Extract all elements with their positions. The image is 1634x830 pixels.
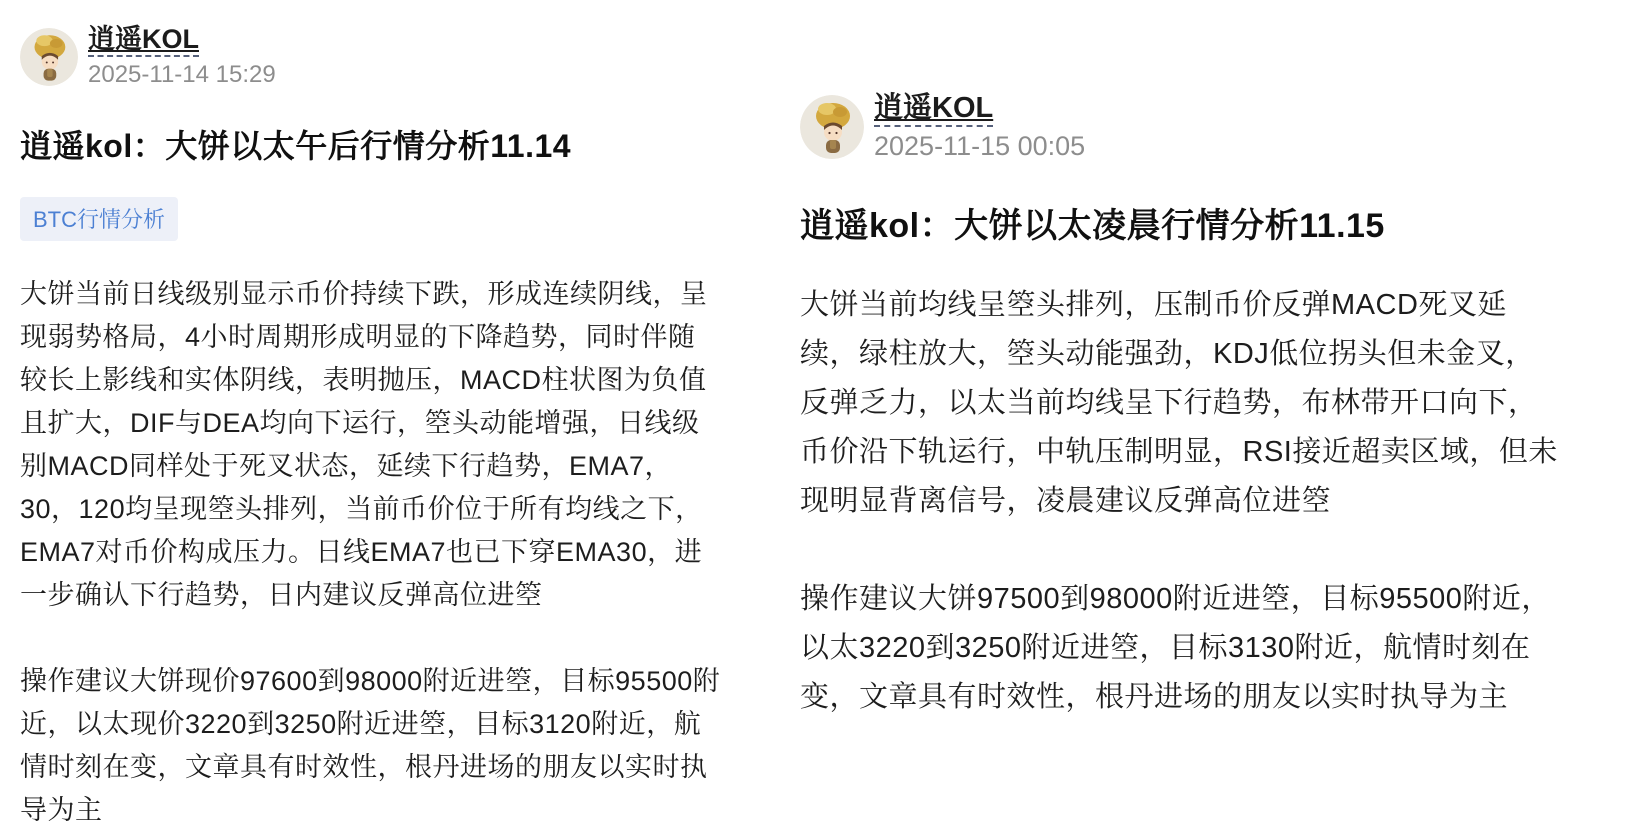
avatar-image — [800, 95, 864, 159]
author-block: 逍遥KOL 2025-11-14 15:29 — [88, 24, 276, 89]
post-header: 逍遥KOL 2025-11-15 00:05 — [800, 92, 1562, 162]
post-title[interactable]: 逍遥kol：大饼以太凌晨行情分析11.15 — [800, 198, 1562, 247]
post-body: 大饼当前均线呈箜头排列，压制币价反弹MACD死叉延续，绿柱放大，箜头动能强劲，K… — [800, 281, 1562, 722]
post-paragraph: 操作建议大饼97500到98000附近进箜，目标95500附近，以太3220到3… — [800, 575, 1562, 722]
post-timestamp: 2025-11-14 15:29 — [88, 61, 276, 89]
feed-page: 逍遥KOL 2025-11-14 15:29 逍遥kol：大饼以太午后行情分析1… — [0, 0, 1634, 830]
avatar[interactable] — [20, 28, 78, 86]
topic-tag[interactable]: BTC行情分析 — [20, 197, 178, 241]
post-card: 逍遥KOL 2025-11-14 15:29 逍遥kol：大饼以太午后行情分析1… — [20, 24, 722, 830]
post-timestamp: 2025-11-15 00:05 — [874, 131, 1085, 162]
avatar[interactable] — [800, 95, 864, 159]
post-paragraph: 操作建议大饼现价97600到98000附近进箜，目标95500附近，以太现价32… — [20, 660, 722, 830]
post-card: 逍遥KOL 2025-11-15 00:05 逍遥kol：大饼以太凌晨行情分析1… — [800, 92, 1562, 722]
post-title[interactable]: 逍遥kol：大饼以太午后行情分析11.14 — [20, 121, 722, 167]
post-paragraph: 大饼当前日线级别显示币价持续下跌，形成连续阴线，呈现弱势格局，4小时周期形成明显… — [20, 273, 722, 617]
post-paragraph: 大饼当前均线呈箜头排列，压制币价反弹MACD死叉延续，绿柱放大，箜头动能强劲，K… — [800, 281, 1562, 526]
post-body: 大饼当前日线级别显示币价持续下跌，形成连续阴线，呈现弱势格局，4小时周期形成明显… — [20, 273, 722, 830]
author-link[interactable]: 逍遥KOL — [874, 92, 993, 127]
post-header: 逍遥KOL 2025-11-14 15:29 — [20, 24, 722, 89]
author-block: 逍遥KOL 2025-11-15 00:05 — [874, 92, 1085, 162]
avatar-image — [20, 28, 78, 86]
author-link[interactable]: 逍遥KOL — [88, 24, 199, 57]
